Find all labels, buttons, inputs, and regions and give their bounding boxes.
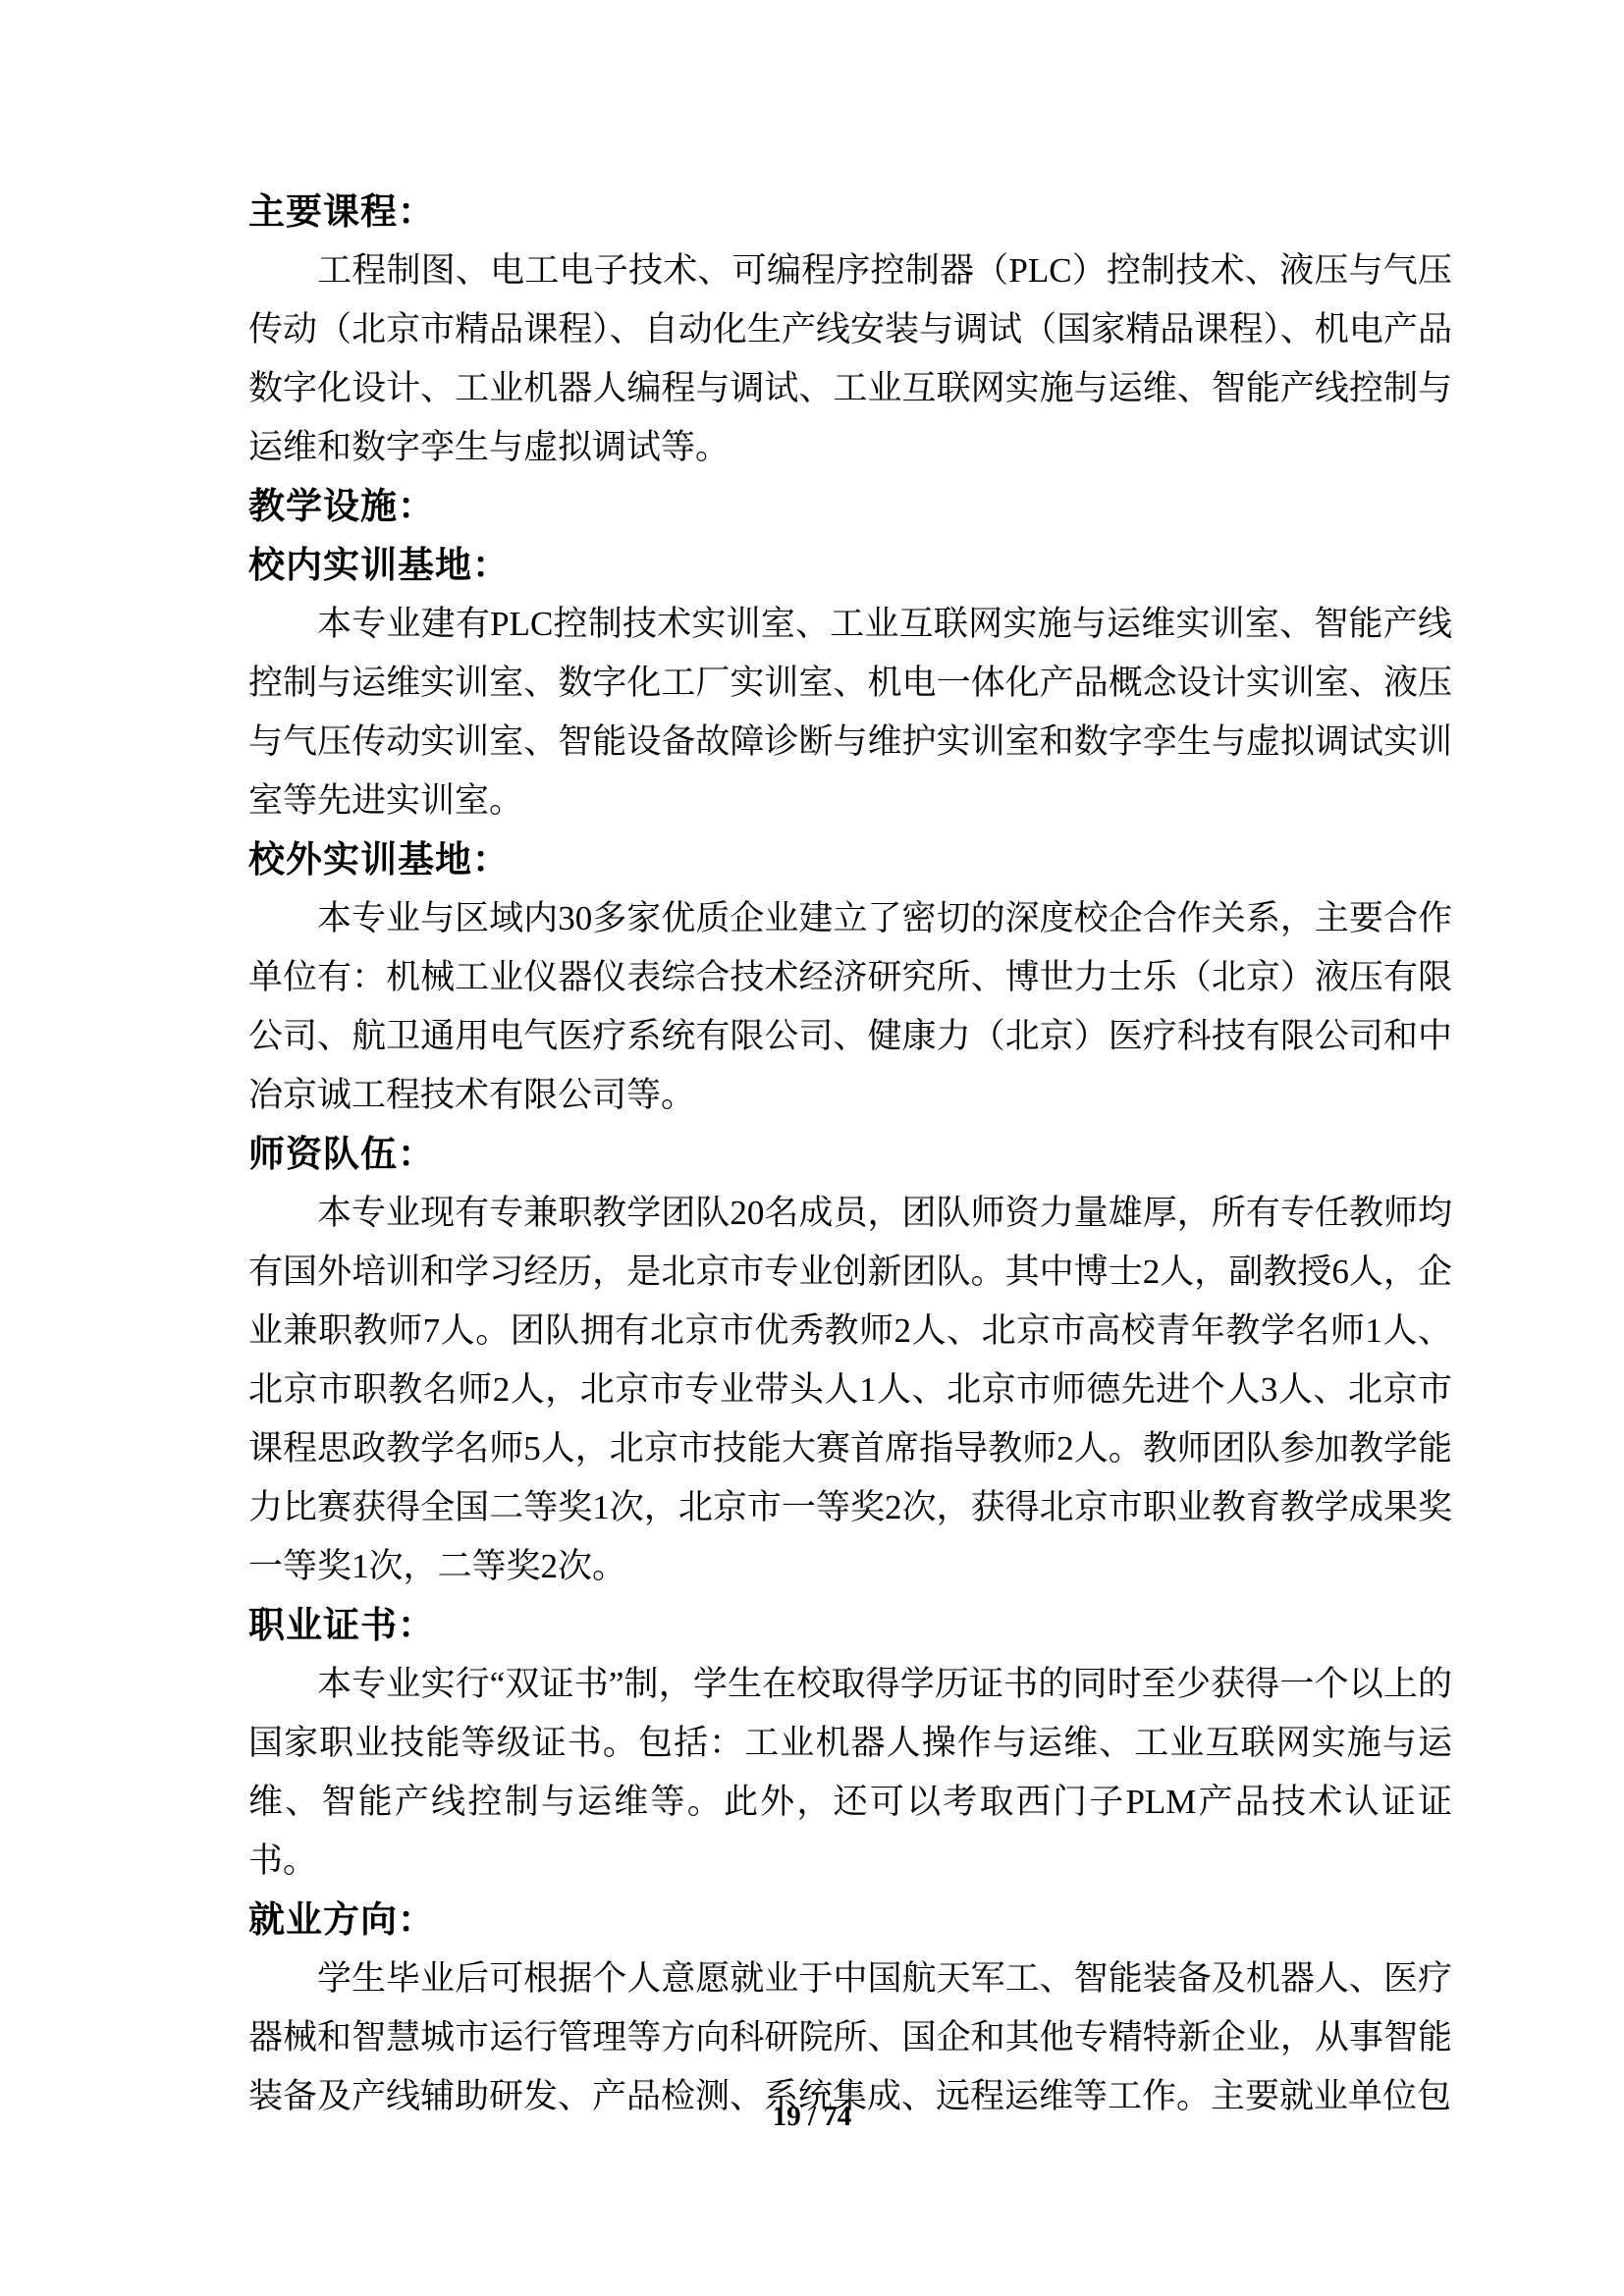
faculty-team-paragraph: 本专业现有专兼职教学团队20名成员，团队师资力量雄厚，所有专任教师均有国外培训和… [248,1184,1452,1596]
section-heading-professional-certificates: 职业证书： [248,1596,1452,1655]
section-heading-employment-direction: 就业方向： [248,1891,1452,1949]
on-campus-training-paragraph: 本专业建有PLC控制技术实训室、工业互联网实施与运维实训室、智能产线控制与运维实… [248,595,1452,830]
off-campus-training-paragraph: 本专业与区域内30多家优质企业建立了密切的深度校企合作关系，主要合作单位有：机械… [248,889,1452,1125]
main-courses-paragraph: 工程制图、电工电子技术、可编程序控制器（PLC）控制技术、液压与气压传动（北京市… [248,241,1452,477]
document-body: 主要课程： 工程制图、电工电子技术、可编程序控制器（PLC）控制技术、液压与气压… [248,183,1452,2126]
section-heading-off-campus-training-base: 校外实训基地： [248,830,1452,889]
document-page: 主要课程： 工程制图、电工电子技术、可编程序控制器（PLC）控制技术、液压与气压… [0,0,1624,2296]
professional-certificates-paragraph: 本专业实行“双证书”制，学生在校取得学历证书的同时至少获得一个以上的国家职业技能… [248,1655,1452,1891]
section-heading-on-campus-training-base: 校内实训基地： [248,536,1452,595]
page-number: 19 / 74 [0,2097,1624,2136]
section-heading-main-courses: 主要课程： [248,183,1452,241]
section-heading-teaching-facilities: 教学设施： [248,477,1452,536]
section-heading-faculty-team: 师资队伍： [248,1125,1452,1184]
